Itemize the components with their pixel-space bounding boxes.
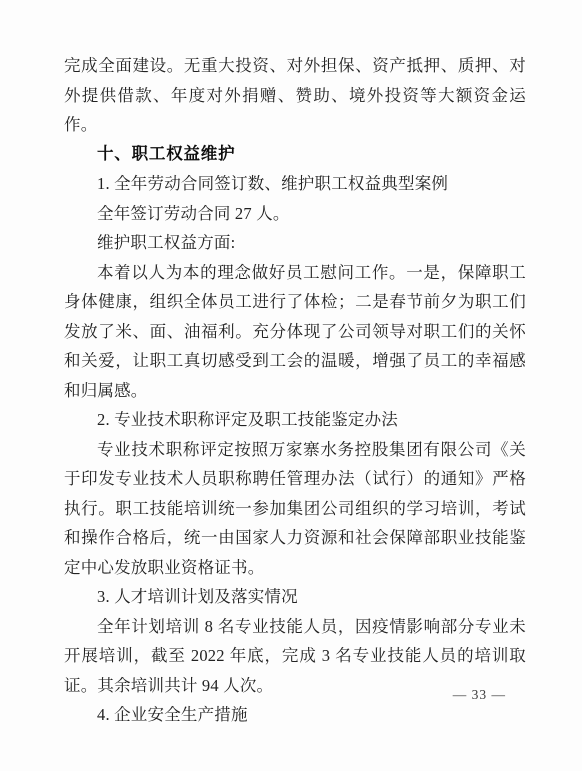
document-page: 完成全面建设。无重大投资、对外担保、资产抵押、质押、对外提供借款、年度对外捐赠、… [0, 0, 582, 771]
list-item-3: 3. 人才培训计划及落实情况 [64, 582, 526, 612]
paragraph-continuation: 完成全面建设。无重大投资、对外担保、资产抵押、质押、对外提供借款、年度对外捐赠、… [64, 51, 526, 140]
paragraph: 维护职工权益方面: [64, 228, 526, 258]
paragraph: 专业技术职称评定按照万家寨水务控股集团有限公司《关于印发专业技术人员职称聘任管理… [64, 435, 526, 583]
page-number: — 33 — [453, 686, 506, 704]
section-heading: 十、职工权益维护 [64, 140, 526, 170]
paragraph: 本着以人为本的理念做好员工慰问工作。一是，保障职工身体健康，组织全体员工进行了体… [64, 258, 526, 406]
document-body: 完成全面建设。无重大投资、对外担保、资产抵押、质押、对外提供借款、年度对外捐赠、… [64, 51, 526, 730]
list-item-2: 2. 专业技术职称评定及职工技能鉴定办法 [64, 405, 526, 435]
paragraph: 全年签订劳动合同 27 人。 [64, 199, 526, 229]
list-item-4: 4. 企业安全生产措施 [64, 700, 526, 730]
list-item-1: 1. 全年劳动合同签订数、维护职工权益典型案例 [64, 169, 526, 199]
